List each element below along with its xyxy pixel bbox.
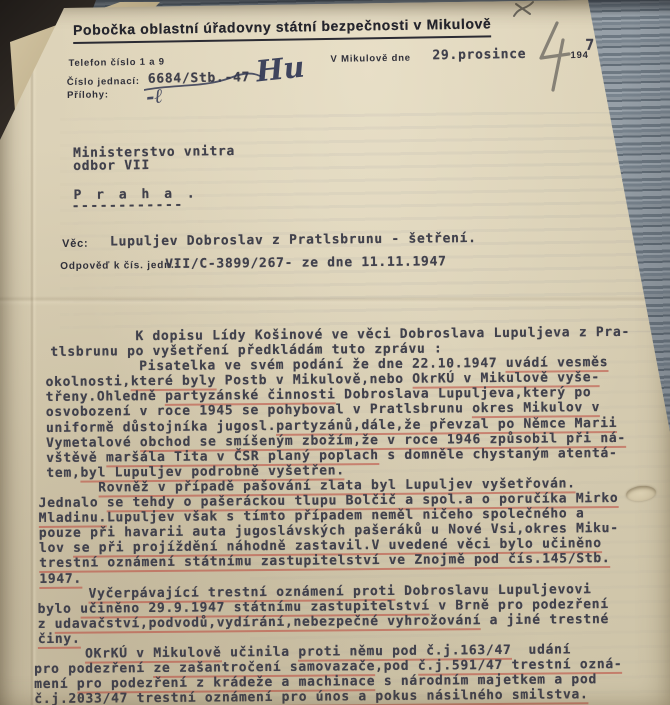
paragraph: Vyčerpávající trestní oznámení proti Dob… xyxy=(37,581,670,647)
subject-label: Věc: xyxy=(62,238,89,250)
pen-check-mark: -ℓ xyxy=(145,83,164,109)
pencil-page-number-4: 4 xyxy=(538,20,574,94)
document-paper: Pobočka oblastní úřadovny státní bezpečn… xyxy=(0,0,670,705)
paragraph: Rovněž v případě pašování zlata byl Lupu… xyxy=(38,475,669,586)
document-photo: Pobočka oblastní úřadovny státní bezpečn… xyxy=(0,0,670,705)
reply-ref-label: Odpověď k čís. jedn.: xyxy=(60,260,179,272)
pencil-check-mark xyxy=(512,0,536,20)
pen-initials: Hu xyxy=(254,50,306,89)
paragraph: OKrKÚ v Mikulově učinila proti němu pod … xyxy=(34,641,670,705)
ink-smudge xyxy=(634,220,652,234)
body-text: K dopisu Lídy Košinové ve věci Dobroslav… xyxy=(0,325,670,705)
subject-value: Lupuljev Dobroslav z Pratlsbrunu - šetře… xyxy=(110,231,477,250)
paragraph: Pisatelka ve svém podání že dne 22.10.19… xyxy=(45,355,668,481)
reply-ref-value: VII/C-3899/267- ze dne 11.11.1947 xyxy=(165,254,447,272)
